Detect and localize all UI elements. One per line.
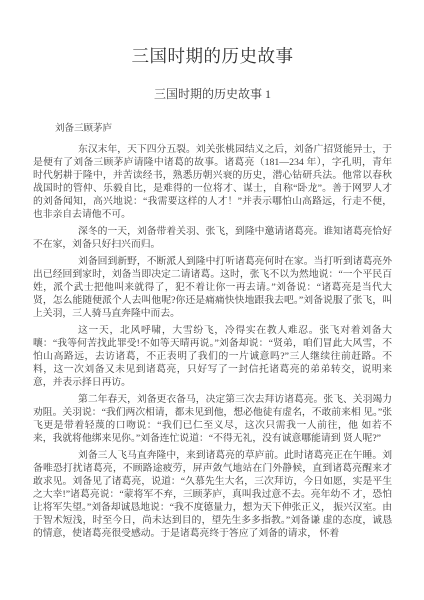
document-subtitle: 三国时期的历史故事 1: [33, 87, 392, 101]
document-title: 三国时期的历史故事: [33, 0, 392, 67]
paragraph-3: 刘备回到新野，不断派人到隆中打听诸葛亮何时在家。当打听到诸葛亮外出已经回到家时，…: [33, 255, 392, 320]
document-body: 东汉末年，天下四分五裂。刘关张桃园结义之后，刘备广招贤能异士，于是便有了刘备三顾…: [33, 143, 392, 540]
paragraph-2: 深冬的一天，刘备带着关羽、张飞，到隆中邀请诸葛亮。谁知诸葛亮恰好不在家，刘备只好…: [33, 225, 392, 251]
section-heading: 刘备三顾茅庐: [33, 123, 392, 135]
paragraph-6: 刘备三人飞马直奔隆中，来到诸葛亮的草庐前。此时诸葛亮正在午睡。刘备唯恐打扰诸葛亮…: [33, 449, 392, 540]
document-page: 三国时期的历史故事 三国时期的历史故事 1 刘备三顾茅庐 东汉末年，天下四分五裂…: [0, 0, 424, 600]
paragraph-5: 第二年春天，刘备更衣备马，决定第三次去拜访诸葛亮。张飞、关羽竭力劝阻。关羽说：“…: [33, 393, 392, 445]
paragraph-1: 东汉末年，天下四分五裂。刘关张桃园结义之后，刘备广招贤能异士，于是便有了刘备三顾…: [33, 143, 392, 221]
paragraph-4: 这一天，北风呼啸，大雪纷飞，冷得实在教人难忍。张飞对着刘备大嚷：“我等何苦找此罪…: [33, 324, 392, 389]
